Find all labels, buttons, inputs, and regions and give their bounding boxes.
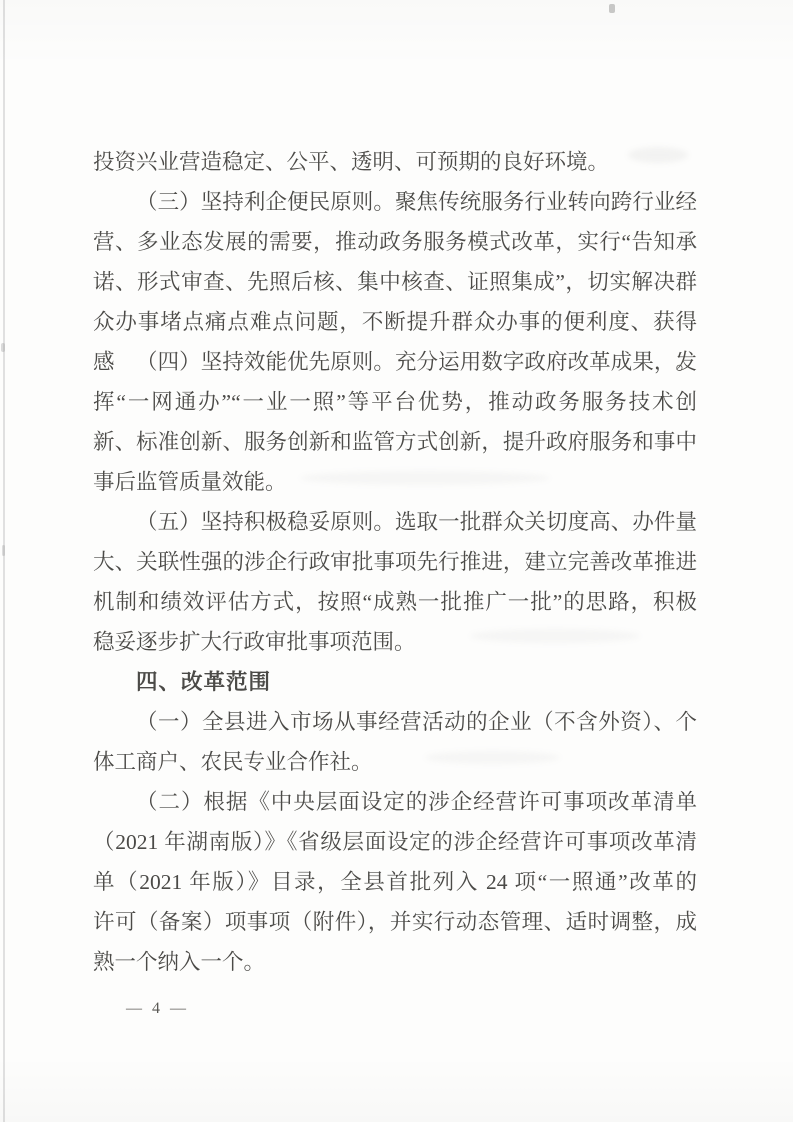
text-line: 机制和绩效评估方式，按照“成熟一批推广一批”的思路，积极 — [93, 582, 697, 622]
scanned-document-page: 投资兴业营造稳定、公平、透明、可预期的良好环境。 （三）坚持利企便民原则。聚焦传… — [0, 0, 793, 1122]
text-line: （一）全县进入市场从事经营活动的企业（不含外资）、个 — [93, 702, 697, 742]
text-line: 挥“一网通办”“一业一照”等平台优势，推动政务服务技术创 — [93, 382, 697, 422]
scan-speck — [2, 545, 5, 556]
text-line: 新、标准创新、服务创新和监管方式创新，提升政府服务和事中 — [93, 422, 697, 462]
scan-edge-line — [3, 0, 5, 1122]
scan-speck — [609, 4, 615, 13]
page-number: — 4 — — [126, 996, 189, 1022]
text-line: 单（2021 年版）》目录，全县首批列入 24 项“一照通”改革的 — [93, 862, 697, 902]
text-line: 许可（备案）项事项（附件），并实行动态管理、适时调整，成 — [93, 902, 697, 942]
text-line: 体工商户、农民专业合作社。 — [93, 742, 697, 782]
document-body: 投资兴业营造稳定、公平、透明、可预期的良好环境。 （三）坚持利企便民原则。聚焦传… — [93, 142, 697, 982]
text-line: 事后监管质量效能。 — [93, 462, 697, 502]
text-line: 投资兴业营造稳定、公平、透明、可预期的良好环境。 — [93, 142, 697, 182]
text-line: （二）根据《中央层面设定的涉企经营许可事项改革清单 — [93, 782, 697, 822]
text-line: 大、关联性强的涉企行政审批事项先行推进，建立完善改革推进 — [93, 542, 697, 582]
text-line: （三）坚持利企便民原则。聚焦传统服务行业转向跨行业经 — [93, 182, 697, 222]
section-heading: 四、改革范围 — [93, 662, 697, 702]
text-line: 众办事堵点痛点难点问题，不断提升群众办事的便利度、获得感。 — [93, 302, 697, 342]
scan-speck — [1, 343, 5, 352]
text-line: （2021 年湖南版）》《省级层面设定的涉企经营许可事项改革清 — [93, 822, 697, 862]
text-line: 营、多业态发展的需要，推动政务服务模式改革，实行“告知承 — [93, 222, 697, 262]
text-line: （五）坚持积极稳妥原则。选取一批群众关切度高、办件量 — [93, 502, 697, 542]
text-line: 稳妥逐步扩大行政审批事项范围。 — [93, 622, 697, 662]
text-line: （四）坚持效能优先原则。充分运用数字政府改革成果，发 — [93, 342, 697, 382]
text-line: 诺、形式审查、先照后核、集中核查、证照集成”，切实解决群 — [93, 262, 697, 302]
text-line: 熟一个纳入一个。 — [93, 942, 697, 982]
